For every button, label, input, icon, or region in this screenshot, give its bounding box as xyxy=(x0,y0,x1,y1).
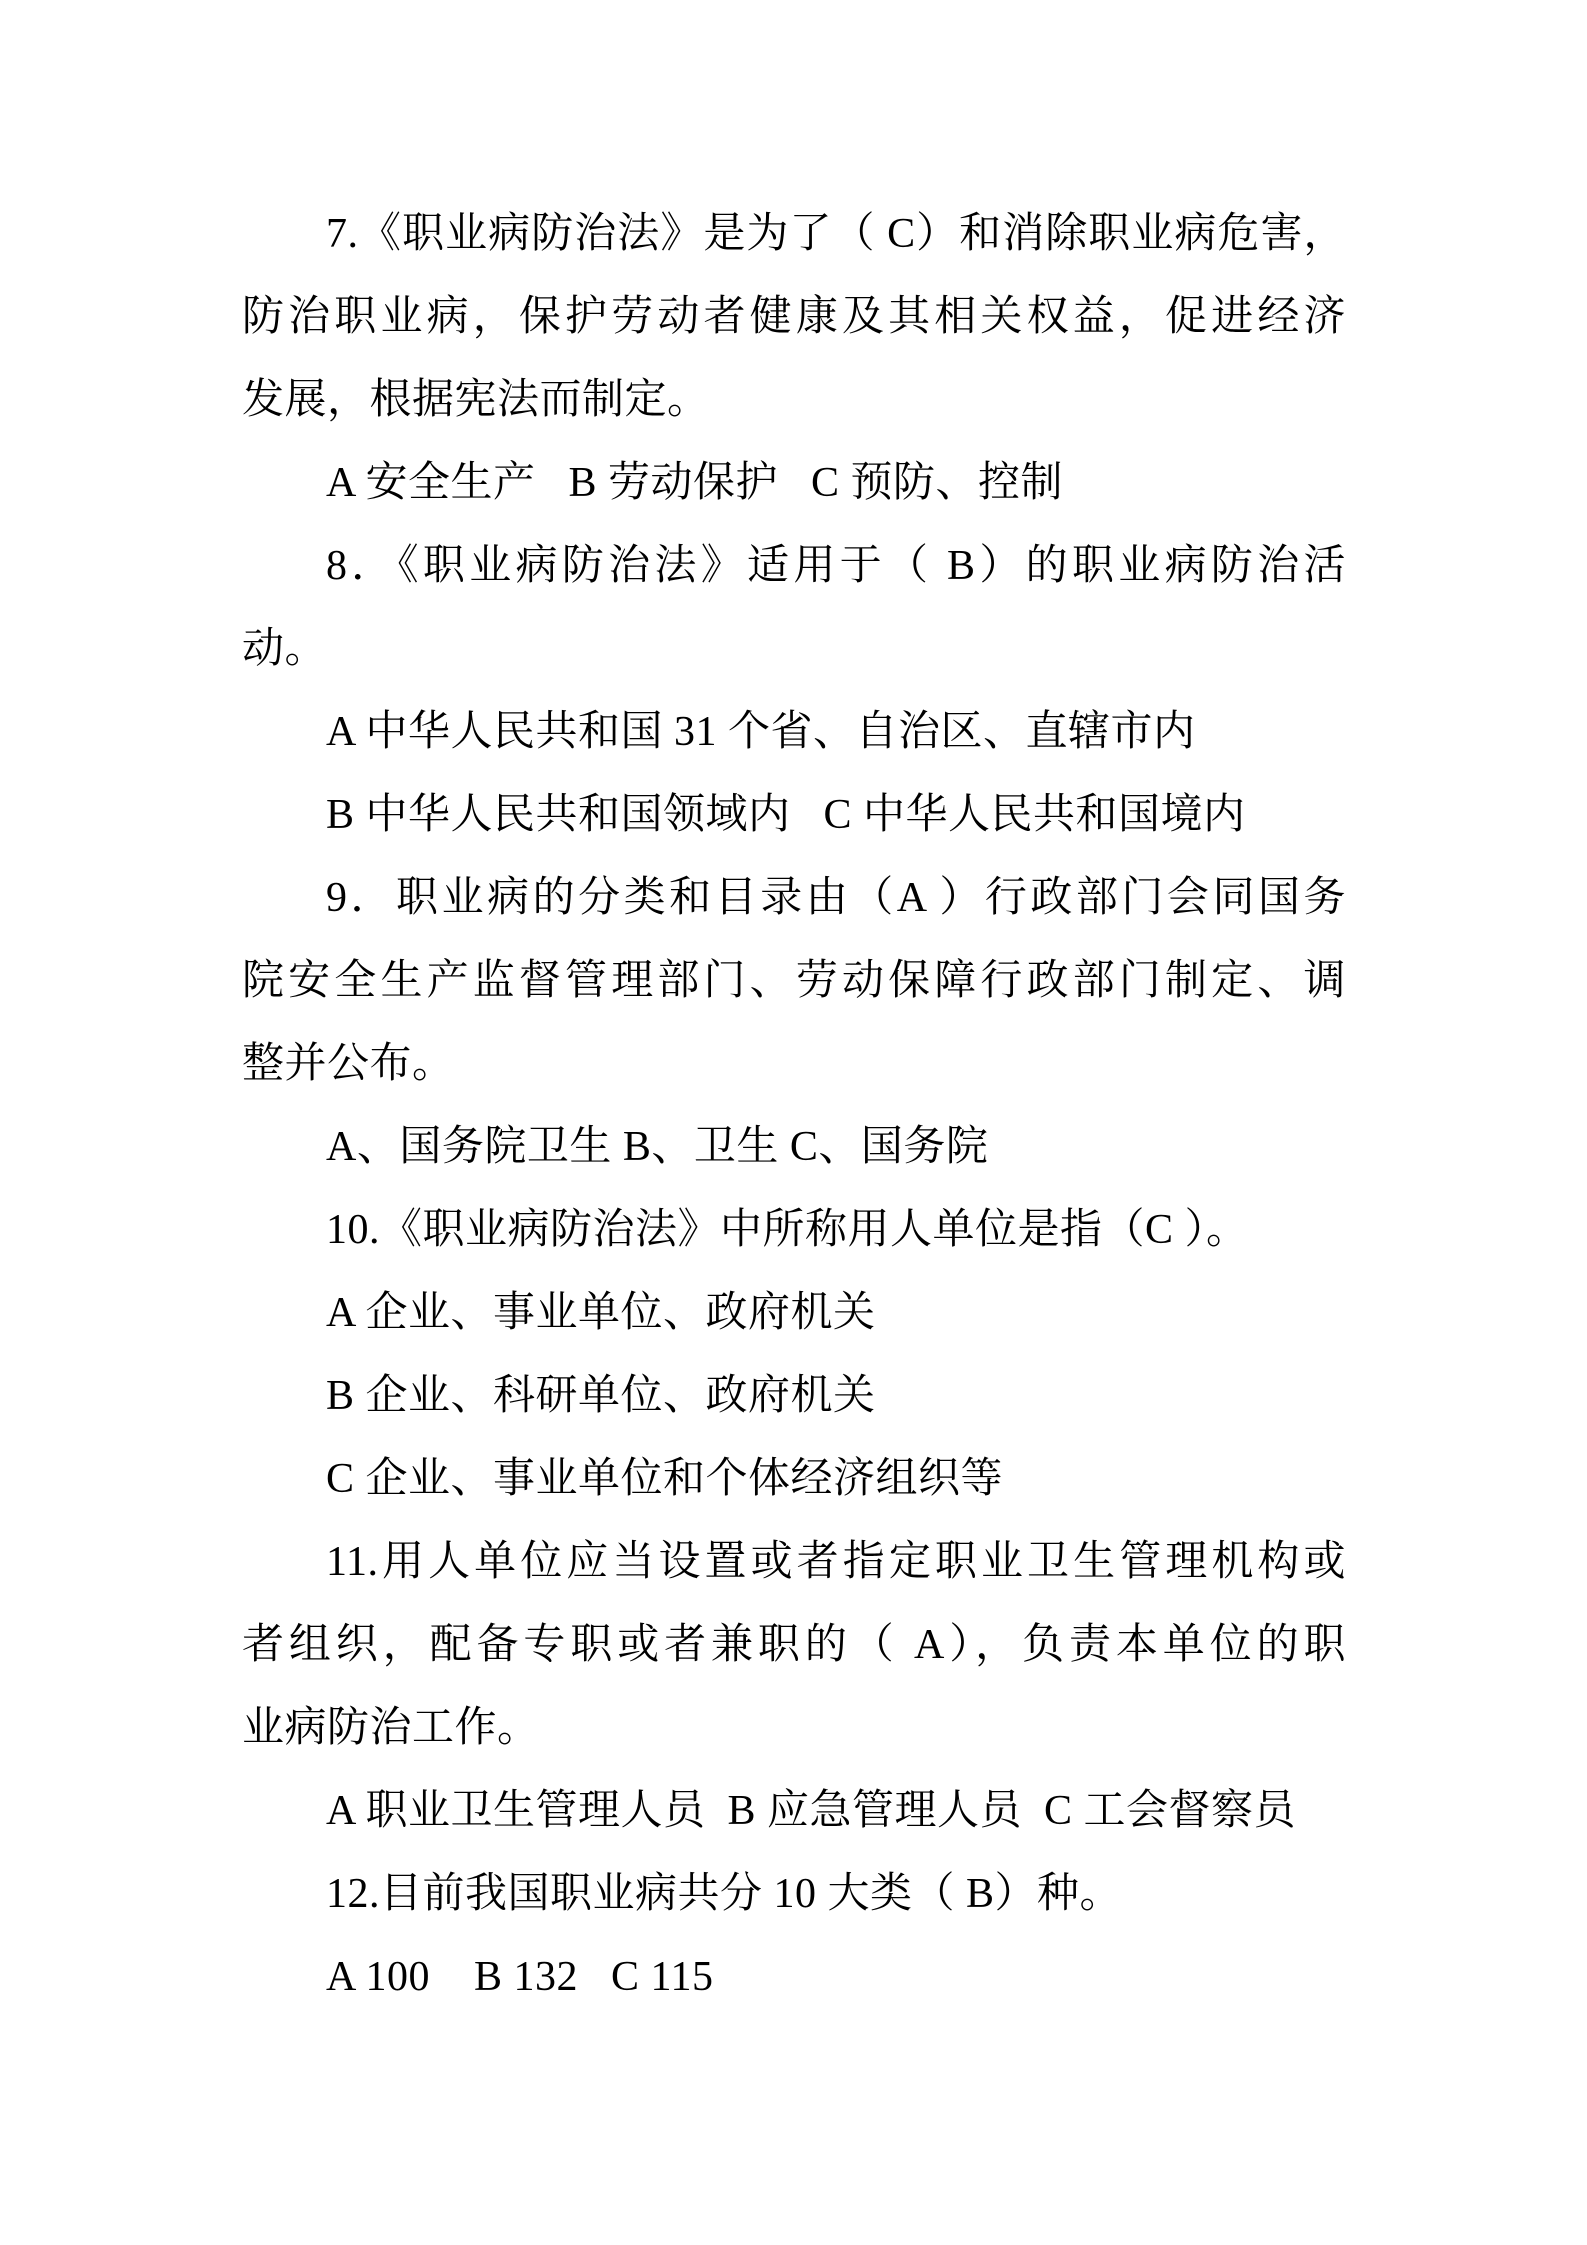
text-line: 发展，根据宪法而制定。 xyxy=(242,359,1346,442)
text-line: A 100 B 132 C 115 xyxy=(242,1936,1346,2019)
text-line: 防治职业病，保护劳动者健康及其相关权益，促进经济 xyxy=(242,276,1346,359)
text-line: 10.《职业病防治法》中所称用人单位是指（C ）。 xyxy=(242,1189,1346,1272)
text-line: A 中华人民共和国 31 个省、自治区、直辖市内 xyxy=(242,691,1346,774)
text-line: 整并公布。 xyxy=(242,1023,1346,1106)
text-line: B 中华人民共和国领域内 C 中华人民共和国境内 xyxy=(242,774,1346,857)
text-line: 7.《职业病防治法》是为了（ C）和消除职业病危害， xyxy=(242,193,1346,276)
text-line: A 安全生产 B 劳动保护 C 预防、控制 xyxy=(242,442,1346,525)
text-line: 9．职业病的分类和目录由（A ）行政部门会同国务 xyxy=(242,857,1346,940)
text-line: 业病防治工作。 xyxy=(242,1687,1346,1770)
text-line: A 企业、事业单位、政府机关 xyxy=(242,1272,1346,1355)
text-line: A 职业卫生管理人员 B 应急管理人员 C 工会督察员 xyxy=(242,1770,1346,1853)
text-line: C 企业、事业单位和个体经济组织等 xyxy=(242,1438,1346,1521)
document-page: 7.《职业病防治法》是为了（ C）和消除职业病危害，防治职业病，保护劳动者健康及… xyxy=(0,0,1587,2245)
document-content: 7.《职业病防治法》是为了（ C）和消除职业病危害，防治职业病，保护劳动者健康及… xyxy=(242,193,1346,2019)
text-line: 8．《职业病防治法》适用于（ B）的职业病防治活 xyxy=(242,525,1346,608)
text-line: 院安全生产监督管理部门、劳动保障行政部门制定、调 xyxy=(242,940,1346,1023)
text-line: B 企业、科研单位、政府机关 xyxy=(242,1355,1346,1438)
text-line: A、国务院卫生 B、卫生 C、国务院 xyxy=(242,1106,1346,1189)
text-line: 11.用人单位应当设置或者指定职业卫生管理机构或 xyxy=(242,1521,1346,1604)
text-line: 动。 xyxy=(242,608,1346,691)
text-line: 者组织，配备专职或者兼职的（ A），负责本单位的职 xyxy=(242,1604,1346,1687)
text-line: 12.目前我国职业病共分 10 大类（ B）种。 xyxy=(242,1853,1346,1936)
